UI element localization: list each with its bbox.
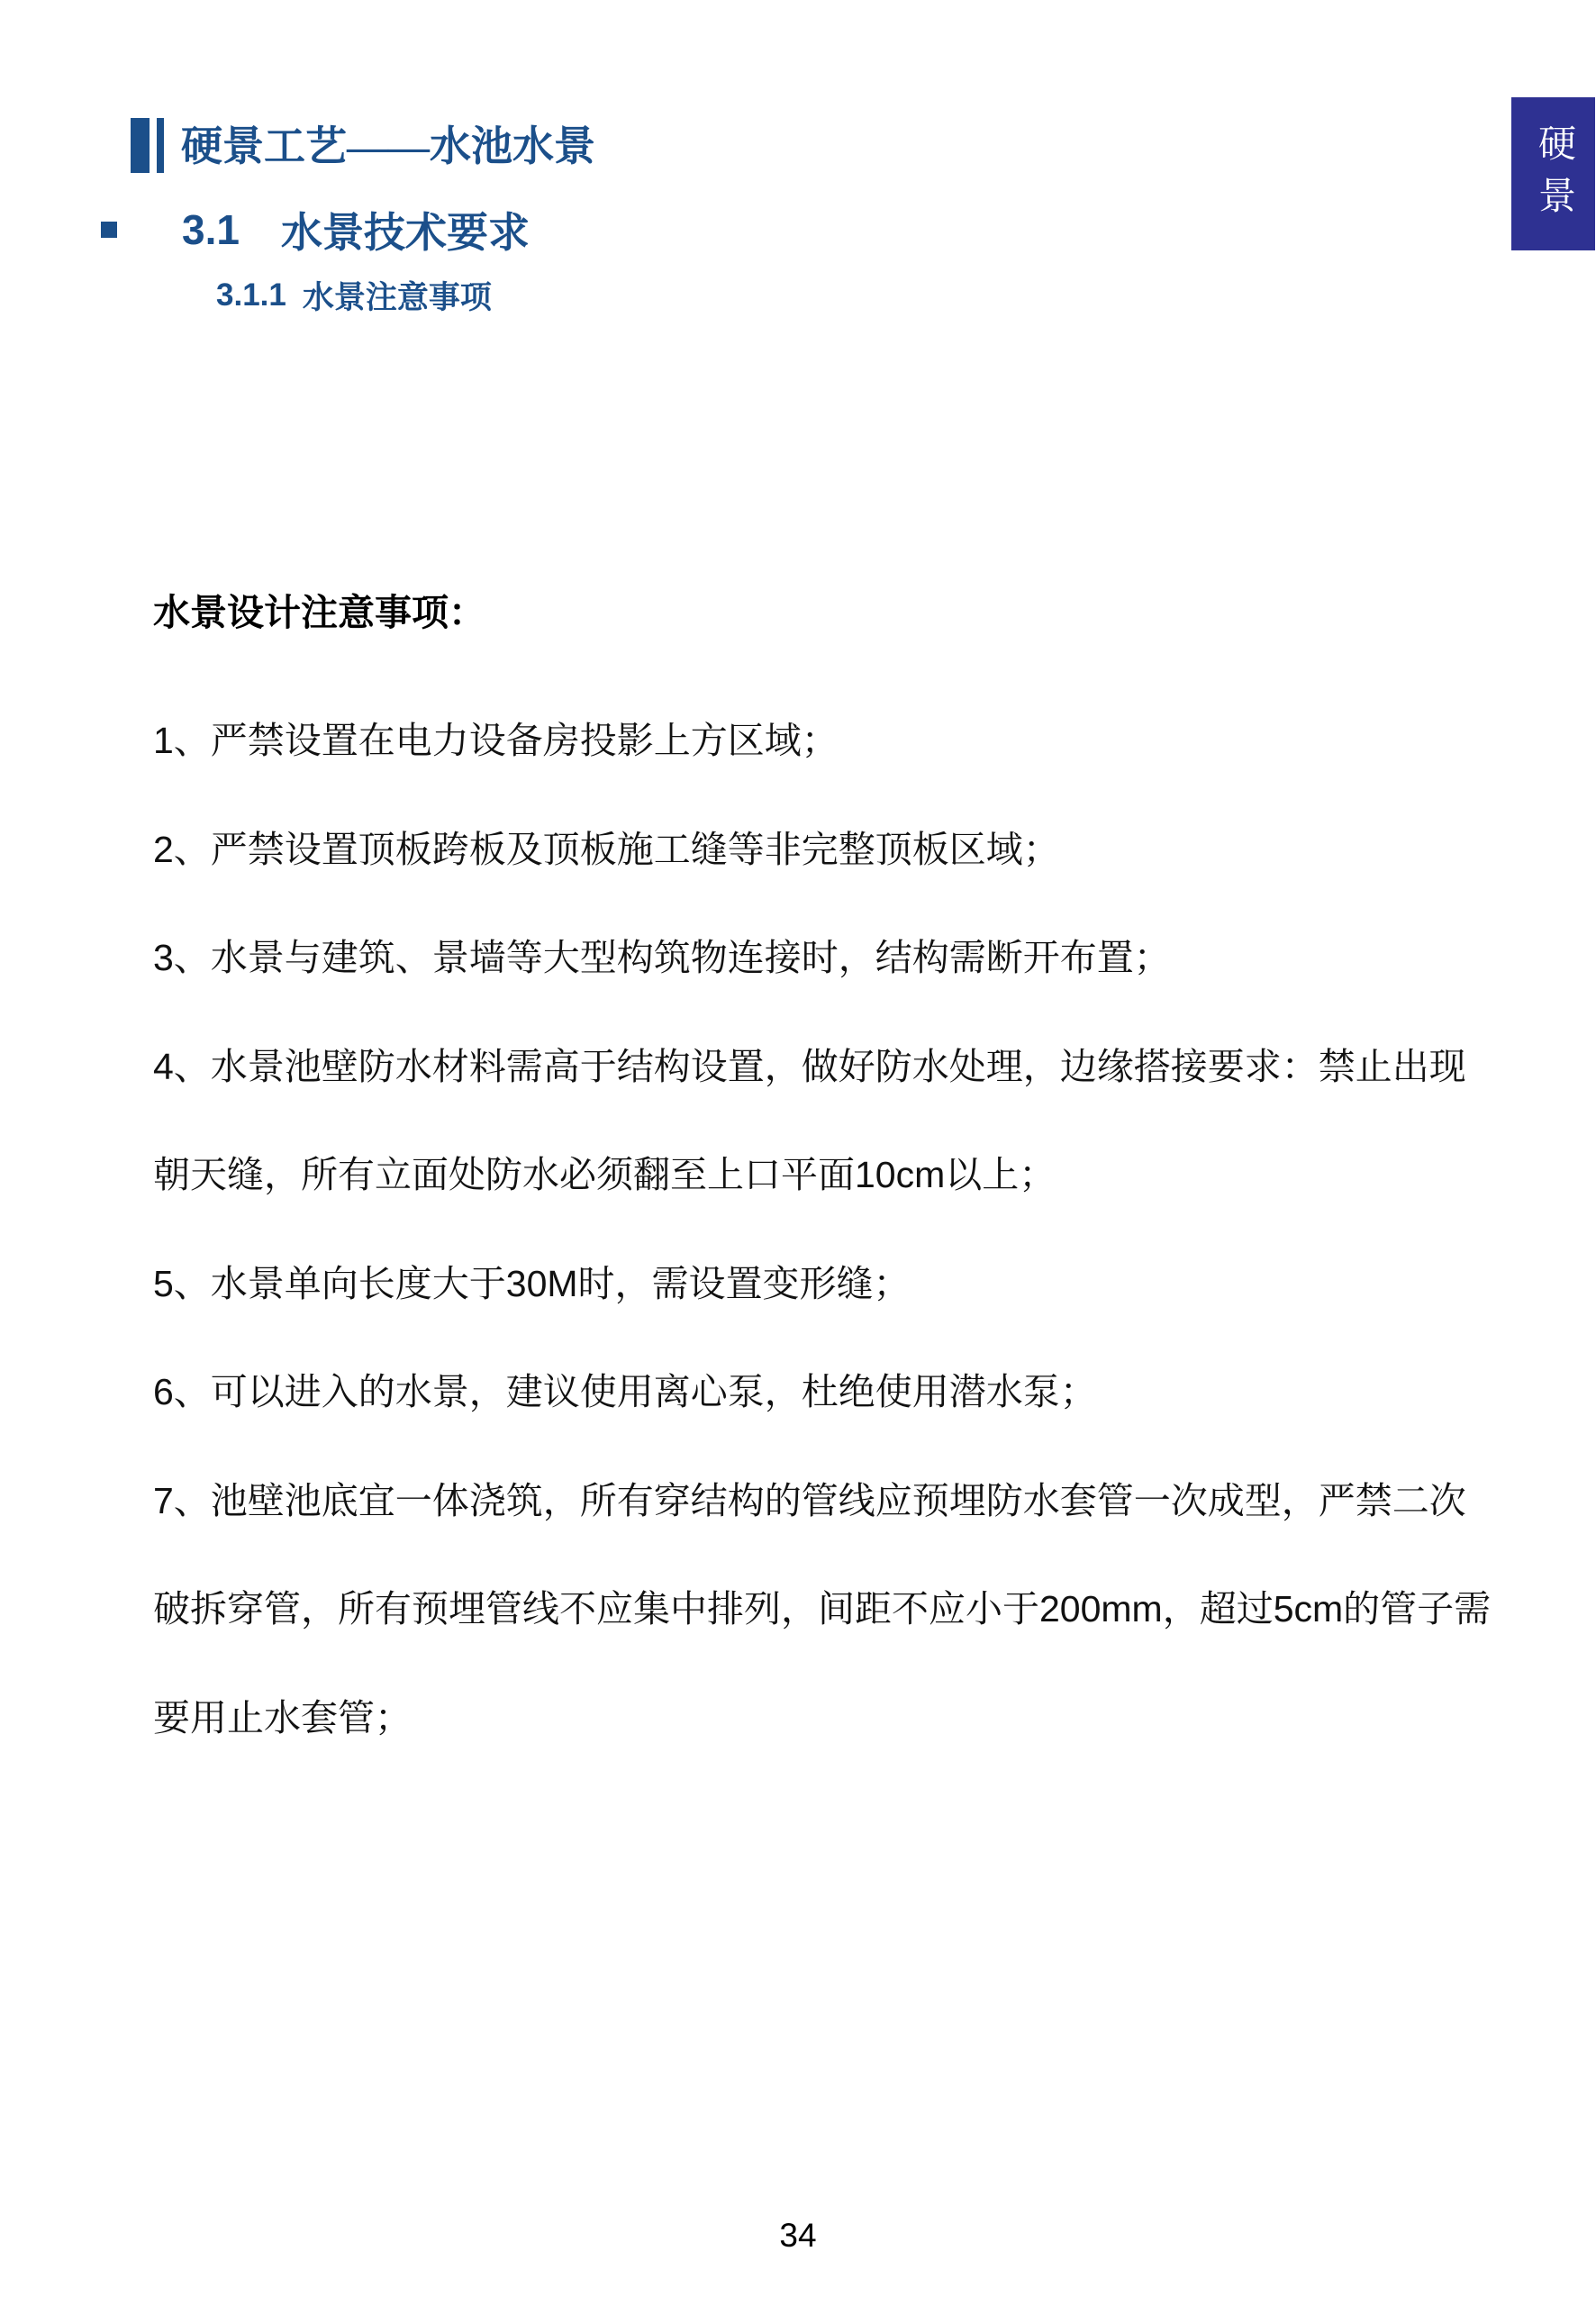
list-line: 5、水景单向长度大于30M时，需设置变形缝； [153, 1230, 1486, 1339]
notes-list: 1、严禁设置在电力设备房投影上方区域； 2、严禁设置顶板跨板及顶板施工缝等非完整… [153, 686, 1486, 1772]
list-line-continuation: 要用止水套管； [153, 1664, 1486, 1773]
list-line: 2、严禁设置顶板跨板及顶板施工缝等非完整顶板区域； [153, 795, 1486, 904]
list-line: 1、严禁设置在电力设备房投影上方区域； [153, 686, 1486, 795]
document-page: 硬景工艺——水池水景 3.1 水景技术要求 3.1.1 水景注意事项 硬景 水景… [0, 0, 1596, 2306]
subsection-title: 水景注意事项 [303, 273, 492, 318]
body-heading: 水景设计注意事项： [153, 583, 485, 636]
page-title: 硬景工艺——水池水景 [181, 123, 595, 170]
section-title: 水景技术要求 [281, 200, 530, 259]
list-line: 4、水景池壁防水材料需高于结构设置，做好防水处理，边缘搭接要求：禁止出现 [153, 1012, 1486, 1121]
subsection-number: 3.1.1 [216, 277, 286, 313]
list-line-continuation: 破拆穿管，所有预埋管线不应集中排列，间距不应小于200mm，超过5cm的管子需 [153, 1555, 1486, 1664]
section-number: 3.1 [182, 205, 240, 254]
page-number: 34 [0, 2217, 1596, 2255]
title-bars-icon [131, 118, 165, 173]
list-line-continuation: 朝天缝，所有立面处防水必须翻至上口平面10cm以上； [153, 1121, 1486, 1230]
list-line: 3、水景与建筑、景墙等大型构筑物连接时，结构需断开布置； [153, 903, 1486, 1012]
square-bullet-icon [101, 222, 117, 238]
chapter-side-tab: 硬景 [1511, 97, 1595, 250]
subsection-heading: 3.1.1 水景注意事项 [216, 273, 492, 318]
list-line: 6、可以进入的水景，建议使用离心泵，杜绝使用潜水泵； [153, 1338, 1486, 1447]
title-bar-thick [131, 118, 150, 173]
list-line: 7、池壁池底宜一体浇筑，所有穿结构的管线应预埋防水套管一次成型，严禁二次 [153, 1447, 1486, 1556]
section-heading: 3.1 水景技术要求 [101, 200, 530, 259]
title-bar-thin [157, 118, 164, 173]
